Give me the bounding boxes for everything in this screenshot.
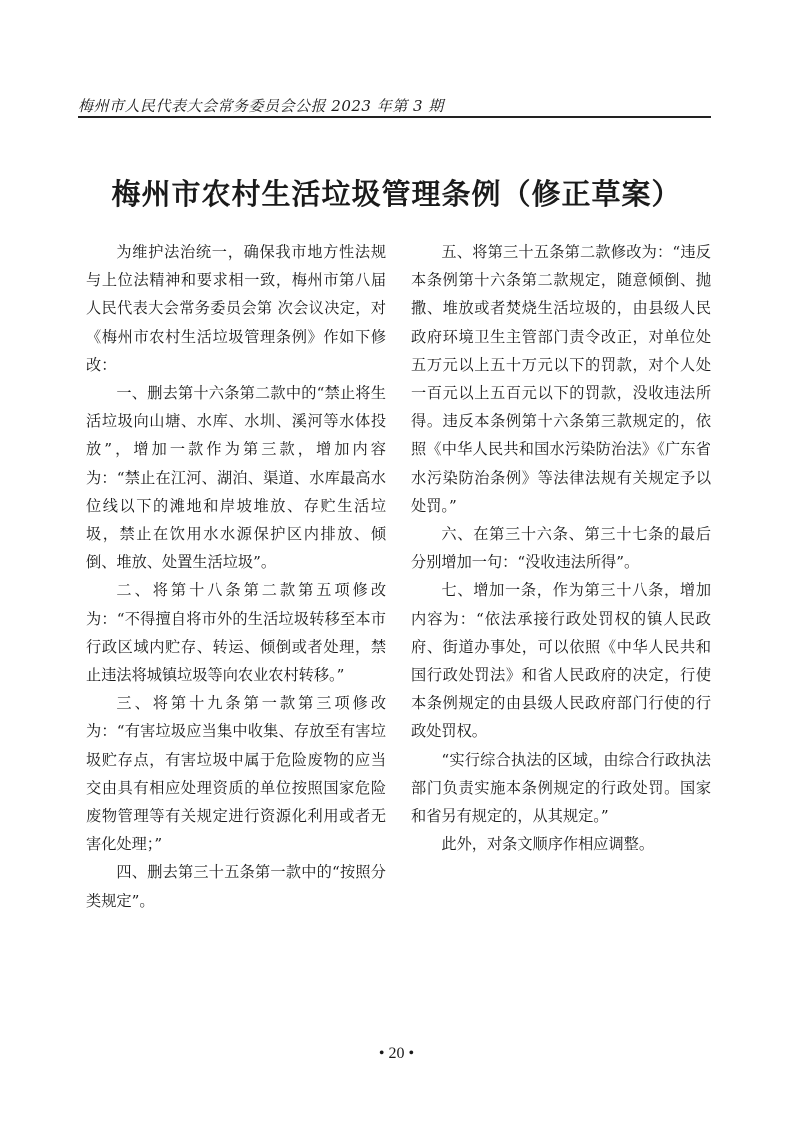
amendment-5: 五、将第三十五条第二款修改为：“违反本条例第十六条第二款规定，随意倾倒、抛撒、堆… xyxy=(411,238,711,520)
running-header: 梅州市人民代表大会常务委员会公报 2023 年第 3 期 xyxy=(78,95,710,116)
right-column: 五、将第三十五条第二款修改为：“违反本条例第十六条第二款规定，随意倾倒、抛撒、堆… xyxy=(411,238,711,858)
amendment-1: 一、删去第十六条第二款中的“禁止将生活垃圾向山塘、水库、水圳、溪河等水体投放”，… xyxy=(86,379,386,576)
left-column: 为维护法治统一，确保我市地方性法规与上位法精神和要求相一致，梅州市第八届人民代表… xyxy=(86,238,386,915)
amendment-3: 三、将第十九条第一款第三项修改为：“有害垃圾应当集中收集、存放至有害垃圾贮存点，… xyxy=(86,689,386,858)
amendment-6: 六、在第三十六条、第三十七条的最后分别增加一句：“没收违法所得”。 xyxy=(411,520,711,576)
amendment-2: 二、将第十八条第二款第五项修改为：“不得擅自将市外的生活垃圾转移至本市行政区域内… xyxy=(86,576,386,689)
page-number: • 20 • xyxy=(0,1045,793,1063)
amendment-7-clause-2: “实行综合执法的区域，由综合行政执法部门负责实施本条例规定的行政处罚。国家和省另… xyxy=(411,746,711,831)
document-title: 梅州市农村生活垃圾管理条例（修正草案） xyxy=(0,172,793,213)
amendment-4: 四、删去第三十五条第一款中的“按照分类规定”。 xyxy=(86,858,386,914)
header-divider xyxy=(78,116,711,118)
amendment-7: 七、增加一条，作为第三十八条，增加内容为：“依法承接行政处罚权的镇人民政府、街道… xyxy=(411,576,711,745)
closing-paragraph: 此外，对条文顺序作相应调整。 xyxy=(411,830,711,858)
intro-paragraph: 为维护法治统一，确保我市地方性法规与上位法精神和要求相一致，梅州市第八届人民代表… xyxy=(86,238,386,379)
